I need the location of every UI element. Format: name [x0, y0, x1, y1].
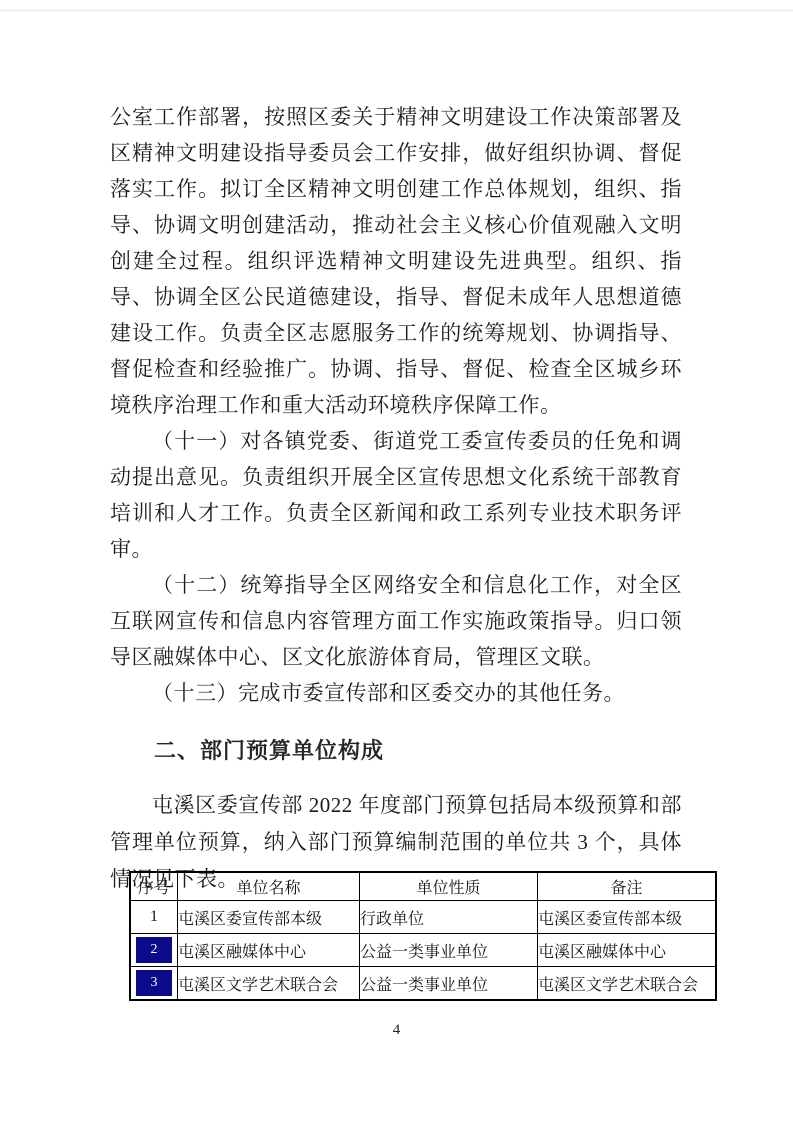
body-paragraph: （十二）统筹指导全区网络安全和信息化工作，对全区互联网宣传和信息内容管理方面工作…: [110, 567, 682, 675]
seq-cell: 3: [130, 967, 178, 1001]
unit-nature-cell: 行政单位: [360, 901, 538, 934]
table-row: 3 屯溪区文学艺术联合会 公益一类事业单位 屯溪区文学艺术联合会: [130, 967, 716, 1001]
selection-highlight: 2: [136, 937, 172, 963]
budget-units-table: 序号 单位名称 单位性质 备注 1 屯溪区委宣传部本级 行政单位 屯溪区委宣传部…: [129, 871, 717, 1001]
unit-name-cell: 屯溪区委宣传部本级: [178, 901, 360, 934]
unit-nature-cell: 公益一类事业单位: [360, 934, 538, 967]
section-heading: 二、部门预算单位构成: [110, 737, 682, 765]
seq-cell: 2: [130, 934, 178, 967]
table-row: 2 屯溪区融媒体中心 公益一类事业单位 屯溪区融媒体中心: [130, 934, 716, 967]
body-paragraph: （十三）完成市委宣传部和区委交办的其他任务。: [110, 675, 682, 711]
note-cell: 屯溪区委宣传部本级: [538, 901, 717, 934]
selection-highlight: 3: [136, 970, 172, 996]
body-paragraph: 公室工作部署，按照区委关于精神文明建设工作决策部署及区精神文明建设指导委员会工作…: [110, 99, 682, 423]
seq-cell: 1: [130, 901, 178, 934]
header-nature: 单位性质: [360, 872, 538, 901]
page-number: 4: [0, 1022, 793, 1039]
page-edge-shadow: [0, 9, 793, 12]
header-name: 单位名称: [178, 872, 360, 901]
table-row: 1 屯溪区委宣传部本级 行政单位 屯溪区委宣传部本级: [130, 901, 716, 934]
note-cell: 屯溪区融媒体中心: [538, 934, 717, 967]
header-note: 备注: [538, 872, 717, 901]
table-header-row: 序号 单位名称 单位性质 备注: [130, 872, 716, 901]
body-paragraph: （十一）对各镇党委、街道党工委宣传委员的任免和调动提出意见。负责组织开展全区宣传…: [110, 423, 682, 567]
unit-name-cell: 屯溪区融媒体中心: [178, 934, 360, 967]
header-seq: 序号: [130, 872, 178, 901]
unit-nature-cell: 公益一类事业单位: [360, 967, 538, 1001]
unit-name-cell: 屯溪区文学艺术联合会: [178, 967, 360, 1001]
note-cell: 屯溪区文学艺术联合会: [538, 967, 717, 1001]
document-body: 公室工作部署，按照区委关于精神文明建设工作决策部署及区精神文明建设指导委员会工作…: [110, 99, 682, 898]
